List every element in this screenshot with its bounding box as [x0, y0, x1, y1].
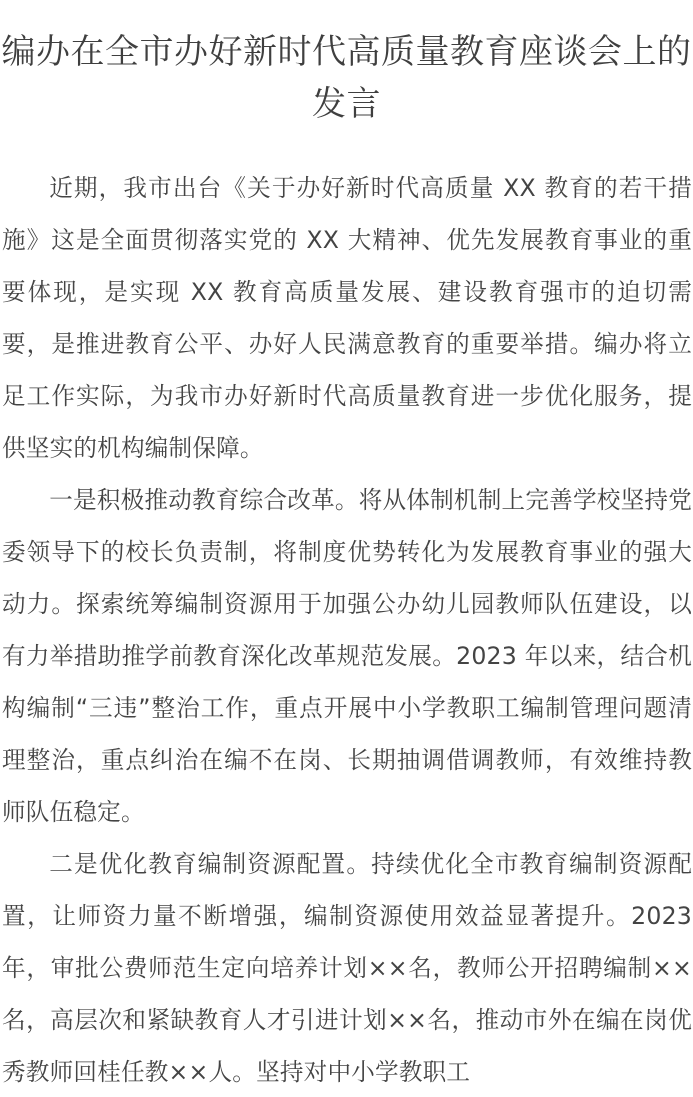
document-page: 编办在全市办好新时代高质量教育座谈会上的发言 近期，我市出台《关于办好新时代高质…	[0, 0, 693, 1097]
paragraph-point-two: 二是优化教育编制资源配置。持续优化全市教育编制资源配置，让师资力量不断增强，编制…	[0, 838, 693, 1097]
paragraph-point-one: 一是积极推动教育综合改革。将从体制机制上完善学校坚持党委领导下的校长负责制，将制…	[0, 474, 693, 838]
document-title: 编办在全市办好新时代高质量教育座谈会上的发言	[0, 0, 693, 130]
document-body: 近期，我市出台《关于办好新时代高质量 XX 教育的若干措施》这是全面贯彻落实党的…	[0, 162, 693, 1097]
paragraph-intro: 近期，我市出台《关于办好新时代高质量 XX 教育的若干措施》这是全面贯彻落实党的…	[0, 162, 693, 474]
